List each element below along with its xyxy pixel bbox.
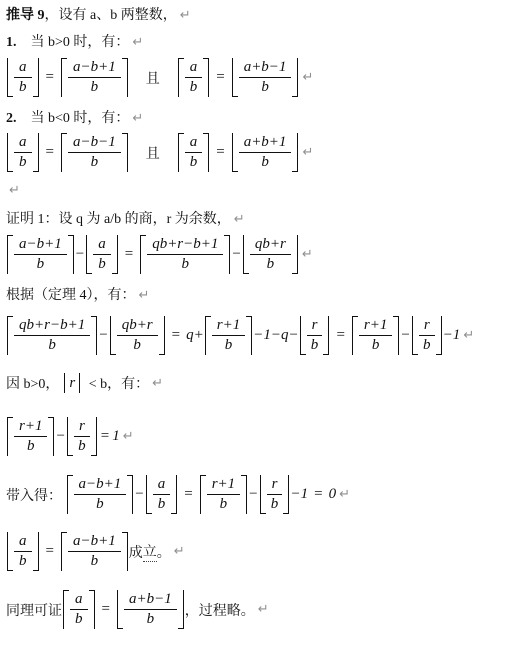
empty-line: ↵: [6, 182, 501, 199]
ceiling-right-bracket-icon: [68, 235, 74, 274]
minus-operator: −: [232, 246, 240, 263]
fraction-denominator: b: [96, 495, 104, 513]
item-2-heading: 2.当 b<0 时，有：↵: [6, 110, 501, 127]
fraction-denominator: b: [190, 153, 198, 171]
fraction: ab: [13, 133, 33, 172]
math-run: −1−q−: [253, 327, 298, 344]
ceil-bracket-fraction: ab: [178, 133, 210, 172]
floor-bracket-fraction: ab: [86, 235, 118, 274]
ceiling-right-bracket-icon: [122, 58, 128, 97]
fraction: a−b+1b: [67, 58, 122, 97]
fraction: a+b+1b: [238, 133, 293, 172]
fraction-denominator: b: [19, 153, 27, 171]
math-run: q+: [186, 327, 204, 344]
floor-right-bracket-icon: [323, 316, 329, 355]
floor-right-bracket-icon: [292, 58, 298, 97]
paragraph-mark-icon: ↵: [132, 110, 143, 127]
floor-right-bracket-icon: [33, 58, 39, 97]
ceiling-right-bracket-icon: [203, 133, 209, 172]
floor-right-bracket-icon: [171, 475, 177, 514]
ceil-bracket-fraction: r+1b: [200, 475, 247, 514]
fraction-denominator: b: [147, 610, 155, 628]
inline-text: 成: [129, 542, 143, 562]
ceil-bracket-fraction: r+1b: [205, 316, 252, 355]
inline-text: 且: [146, 68, 160, 88]
inline-text: 立: [143, 541, 157, 562]
item-1-heading: 1.当 b>0 时，有：↵: [6, 34, 501, 51]
text-run: ，设有 a、b 两整数，: [45, 7, 177, 24]
fraction-numerator: a+b+1: [239, 134, 292, 153]
text-run: 当 b>0 时，有：: [31, 34, 130, 51]
fraction-numerator: a: [70, 591, 88, 610]
equals-operator: =: [216, 69, 224, 86]
fraction-denominator: b: [311, 336, 319, 354]
paragraph-mark-icon: ↵: [132, 34, 143, 51]
paragraph-mark-icon: ↵: [174, 544, 185, 559]
floor-bracket-fraction: qb+rb: [243, 235, 298, 274]
floor-bracket-fraction: ab: [146, 475, 178, 514]
fraction: qb+rb: [249, 235, 292, 274]
formula-case-b-negative: ab=a−b−1b且ab=a+b+1b↵: [6, 133, 501, 172]
fraction-denominator: b: [158, 495, 166, 513]
fraction-denominator: b: [75, 610, 83, 628]
paragraph-mark-icon: ↵: [302, 247, 313, 262]
text-run: 1.: [6, 34, 17, 51]
ceil-bracket-fraction: r+1b: [7, 417, 54, 456]
paragraph-mark-icon: ↵: [9, 182, 20, 199]
fraction: ab: [184, 58, 204, 97]
paragraph-mark-icon: ↵: [139, 287, 150, 304]
fraction-denominator: b: [19, 78, 27, 96]
ceiling-right-bracket-icon: [91, 316, 97, 355]
fraction: rb: [418, 316, 436, 355]
fraction-numerator: r+1: [14, 418, 47, 437]
condition-line: 因 b>0，r < b，有：↵: [6, 373, 501, 393]
floor-right-bracket-icon: [436, 316, 442, 355]
fraction: ab: [69, 590, 89, 629]
ceil-bracket-fraction: ab: [178, 58, 210, 97]
paragraph-mark-icon: ↵: [180, 7, 191, 24]
fraction: a−b−1b: [67, 133, 122, 172]
floor-bracket-fraction: a+b−1b: [232, 58, 299, 97]
fraction: a−b+1b: [67, 532, 122, 571]
paragraph-mark-icon: ↵: [152, 376, 163, 391]
floor-right-bracket-icon: [178, 590, 184, 629]
text-run: 推导 9: [6, 7, 45, 24]
fraction-denominator: b: [19, 552, 27, 570]
fraction: ab: [184, 133, 204, 172]
fraction: a−b+1b: [13, 235, 68, 274]
fraction-numerator: qb+r: [117, 317, 158, 336]
fraction-numerator: r: [267, 476, 283, 495]
text-run: 证明 1：设 q 为 a/b 的商，r 为余数，: [6, 211, 231, 228]
inline-text: 因 b>0，: [6, 373, 59, 393]
ceiling-right-bracket-icon: [122, 133, 128, 172]
paragraph-mark-icon: ↵: [123, 429, 134, 444]
math-run: 0: [329, 486, 337, 503]
ceil-bracket-fraction: qb+r−b+1b: [7, 316, 97, 355]
floor-bracket-fraction: rb: [260, 475, 290, 514]
formula-substitute-qr: a−b+1b−ab=qb+r−b+1b−qb+rb↵: [6, 235, 501, 274]
fraction: r+1b: [358, 316, 393, 355]
inline-text: ，过程略。: [185, 600, 255, 620]
ceil-bracket-fraction: qb+r−b+1b: [140, 235, 230, 274]
floor-right-bracket-icon: [159, 316, 165, 355]
fraction: ab: [92, 235, 112, 274]
ceil-bracket-fraction: a−b+1b: [61, 58, 128, 97]
ceiling-right-bracket-icon: [122, 532, 128, 571]
fraction-numerator: a: [14, 134, 32, 153]
substitution-result: 带入得： a−b+1b−ab=r+1b−rb−1=0↵: [6, 475, 501, 514]
fraction-denominator: b: [225, 336, 233, 354]
ceiling-right-bracket-icon: [48, 417, 54, 456]
fraction-denominator: b: [133, 336, 141, 354]
fraction-numerator: a−b+1: [14, 236, 67, 255]
floor-bracket-fraction: rb: [67, 417, 97, 456]
formula-equals-one: r+1b−rb=1↵: [6, 417, 501, 456]
equals-operator: =: [46, 69, 54, 86]
text-run: 当 b<0 时，有：: [31, 110, 130, 127]
fraction: a−b+1b: [73, 475, 128, 514]
equals-operator: =: [216, 144, 224, 161]
paragraph-mark-icon: ↵: [302, 145, 313, 160]
fraction-denominator: b: [48, 336, 56, 354]
equals-operator: =: [101, 428, 109, 445]
title-line: 推导 9，设有 a、b 两整数，↵: [6, 7, 501, 24]
fraction-denominator: b: [78, 437, 86, 455]
fraction-numerator: a+b−1: [124, 591, 177, 610]
fraction-numerator: r+1: [207, 476, 240, 495]
fraction-denominator: b: [423, 336, 431, 354]
theorem-4-reference: 根据（定理 4），有：↵: [6, 287, 501, 304]
proof-1-intro: 证明 1：设 q 为 a/b 的商，r 为余数，↵: [6, 211, 501, 228]
floor-bracket-fraction: qb+rb: [110, 316, 165, 355]
ceiling-right-bracket-icon: [246, 316, 252, 355]
floor-bracket-fraction: a+b−1b: [117, 590, 184, 629]
minus-operator: −: [401, 327, 409, 344]
ceil-bracket-fraction: a−b+1b: [61, 532, 128, 571]
fraction-numerator: a−b+1: [68, 59, 121, 78]
inline-text: 且: [146, 143, 160, 163]
floor-bracket-fraction: rb: [412, 316, 442, 355]
minus-operator: −: [76, 246, 84, 263]
fraction-numerator: a: [185, 59, 203, 78]
equals-operator: =: [46, 144, 54, 161]
fraction: qb+r−b+1b: [13, 316, 91, 355]
fraction-numerator: r: [307, 317, 323, 336]
fraction-numerator: qb+r−b+1: [14, 317, 90, 336]
equals-operator: =: [314, 486, 322, 503]
fraction-numerator: a: [14, 533, 32, 552]
fraction-numerator: r+1: [212, 317, 245, 336]
text-run: 2.: [6, 110, 17, 127]
fraction-denominator: b: [261, 78, 269, 96]
inline-text: < b，有：: [85, 373, 149, 393]
conclusion-floor: ab=a−b+1b成立。↵: [6, 532, 501, 571]
fraction-numerator: a: [14, 59, 32, 78]
equals-operator: =: [46, 543, 54, 560]
formula-expand: qb+r−b+1b−qb+rb=q+r+1b−1−q−rb=r+1b−rb−1↵: [6, 316, 501, 355]
floor-right-bracket-icon: [112, 235, 118, 274]
fraction: ab: [13, 58, 33, 97]
inline-text: 。: [157, 542, 171, 562]
ceiling-right-bracket-icon: [393, 316, 399, 355]
fraction: a+b−1b: [123, 590, 178, 629]
fraction-numerator: a−b+1: [68, 533, 121, 552]
minus-operator: −: [249, 486, 257, 503]
fraction: r+1b: [13, 417, 48, 456]
conclusion-ceil: 同理可证ab=a+b−1b，过程略。↵: [6, 590, 501, 629]
fraction-denominator: b: [220, 495, 228, 513]
equals-operator: =: [102, 601, 110, 618]
fraction-numerator: r: [419, 317, 435, 336]
fraction-numerator: qb+r−b+1: [147, 236, 223, 255]
paragraph-mark-icon: ↵: [302, 70, 313, 85]
fraction-numerator: a−b−1: [68, 134, 121, 153]
fraction-denominator: b: [37, 255, 45, 273]
fraction-denominator: b: [91, 78, 99, 96]
inline-text: 同理可证: [6, 600, 62, 620]
fraction-numerator: a+b−1: [239, 59, 292, 78]
equals-operator: =: [184, 486, 192, 503]
inline-text: 带入得：: [6, 485, 66, 505]
math-run: −1: [443, 327, 461, 344]
fraction-denominator: b: [182, 255, 190, 273]
floor-bracket-fraction: ab: [7, 58, 39, 97]
floor-bracket-fraction: a+b+1b: [232, 133, 299, 172]
floor-bracket-fraction: ab: [7, 133, 39, 172]
floor-right-bracket-icon: [292, 133, 298, 172]
ceil-bracket-fraction: a−b+1b: [67, 475, 134, 514]
fraction-denominator: b: [91, 552, 99, 570]
minus-operator: −: [56, 428, 64, 445]
fraction-numerator: r: [74, 418, 90, 437]
fraction-numerator: r+1: [359, 317, 392, 336]
fraction-denominator: b: [27, 437, 35, 455]
fraction-denominator: b: [372, 336, 380, 354]
fraction-numerator: a−b+1: [74, 476, 127, 495]
document-page: 推导 9，设有 a、b 两整数，↵1.当 b>0 时，有：↵ab=a−b+1b且…: [0, 0, 507, 629]
floor-right-bracket-icon: [283, 475, 289, 514]
floor-bracket-fraction: rb: [300, 316, 330, 355]
paragraph-mark-icon: ↵: [234, 211, 245, 228]
paragraph-mark-icon: ↵: [339, 487, 350, 502]
fraction: r+1b: [206, 475, 241, 514]
fraction-numerator: a: [93, 236, 111, 255]
ceiling-right-bracket-icon: [89, 590, 95, 629]
fraction-denominator: b: [98, 255, 106, 273]
fraction: r+1b: [211, 316, 246, 355]
equals-operator: =: [336, 327, 344, 344]
equals-operator: =: [125, 246, 133, 263]
paragraph-mark-icon: ↵: [258, 602, 269, 617]
fraction: ab: [152, 475, 172, 514]
ceil-bracket-fraction: ab: [63, 590, 95, 629]
fraction-numerator: a: [153, 476, 171, 495]
fraction: ab: [13, 532, 33, 571]
math-run: −1: [290, 486, 308, 503]
fraction-numerator: qb+r: [250, 236, 291, 255]
formula-case-b-positive: ab=a−b+1b且ab=a+b−1b↵: [6, 58, 501, 97]
fraction-denominator: b: [91, 153, 99, 171]
ceil-bracket-fraction: a−b+1b: [7, 235, 74, 274]
fraction: qb+rb: [116, 316, 159, 355]
floor-bracket-fraction: ab: [7, 532, 39, 571]
fraction: rb: [266, 475, 284, 514]
fraction: a+b−1b: [238, 58, 293, 97]
floor-right-bracket-icon: [292, 235, 298, 274]
minus-operator: −: [99, 327, 107, 344]
fraction: rb: [73, 417, 91, 456]
math-run: 1: [112, 428, 120, 445]
minus-operator: −: [135, 486, 143, 503]
floor-right-bracket-icon: [91, 417, 97, 456]
fraction-denominator: b: [190, 78, 198, 96]
paragraph-mark-icon: ↵: [463, 328, 474, 343]
equals-operator: =: [172, 327, 180, 344]
ceiling-right-bracket-icon: [127, 475, 133, 514]
fraction-denominator: b: [261, 153, 269, 171]
floor-right-bracket-icon: [33, 532, 39, 571]
fraction: rb: [306, 316, 324, 355]
text-run: 根据（定理 4），有：: [6, 287, 136, 304]
ceiling-right-bracket-icon: [241, 475, 247, 514]
absolute-value: r: [64, 373, 80, 393]
fraction-denominator: b: [267, 255, 275, 273]
ceiling-right-bracket-icon: [224, 235, 230, 274]
fraction: qb+r−b+1b: [146, 235, 224, 274]
floor-right-bracket-icon: [33, 133, 39, 172]
absolute-value-variable: r: [69, 375, 75, 392]
ceil-bracket-fraction: r+1b: [352, 316, 399, 355]
fraction-denominator: b: [271, 495, 279, 513]
ceiling-right-bracket-icon: [203, 58, 209, 97]
ceil-bracket-fraction: a−b−1b: [61, 133, 128, 172]
fraction-numerator: a: [185, 134, 203, 153]
